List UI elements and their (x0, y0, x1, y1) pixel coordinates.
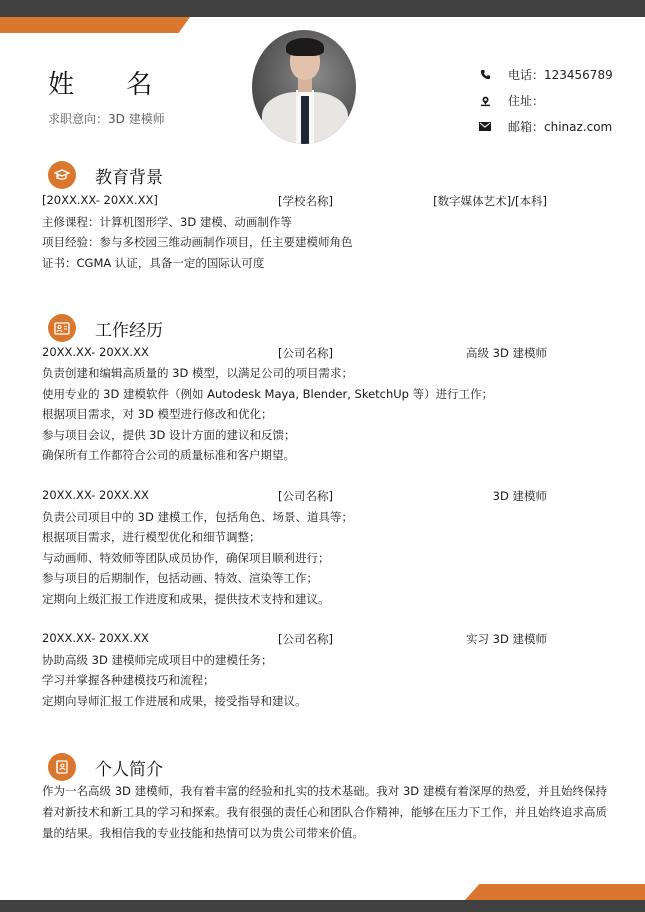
job-position: 高级 3D 建模师 (466, 345, 547, 361)
job-duty: 学习并掌握各种建模技巧和流程； (42, 672, 215, 688)
education-line: 主修课程：计算机图形学、3D 建模、动画制作等 (42, 214, 292, 230)
bottom-dark-bar (0, 900, 645, 912)
contact-phone: 电话：123456789 (478, 66, 613, 83)
bottom-accent-bar (465, 884, 645, 900)
job-period: 20XX.XX- 20XX.XX (42, 631, 149, 645)
job-duty: 根据项目需求，进行模型优化和细节调整； (42, 529, 261, 545)
job-duty: 参与项目的后期制作，包括动画、特效、渲染等工作； (42, 570, 318, 586)
job-duty: 负责创建和编辑高质量的 3D 模型，以满足公司的项目需求； (42, 365, 353, 381)
location-pin-icon (478, 95, 492, 107)
job-duty: 协助高级 3D 建模师完成项目中的建模任务； (42, 652, 272, 668)
address-text: 住址： (508, 92, 544, 109)
job-duty: 定期向上级汇报工作进度和成果，提供技术支持和建议。 (42, 591, 330, 607)
job-position: 3D 建模师 (493, 488, 547, 504)
education-line: 项目经验：参与多校园三维动画制作项目，任主要建模师角色 (42, 234, 353, 250)
top-dark-bar (0, 0, 645, 17)
job-duty: 负责公司项目中的 3D 建模工作，包括角色、场景、道具等； (42, 509, 353, 525)
top-accent-bar (0, 17, 190, 33)
job-duty: 与动画师、特效师等团队成员协作，确保项目顺利进行； (42, 550, 330, 566)
candidate-name: 姓 名 (48, 64, 174, 101)
profile-title: 个人简介 (95, 755, 163, 780)
contact-book-icon (48, 753, 76, 781)
profile-text: 作为一名高级 3D 建模师，我有着丰富的经验和扎实的技术基础。我对 3D 建模有… (42, 781, 607, 844)
work-section-header: 工作经历 (48, 314, 163, 342)
contact-email: 邮箱：chinaz.com (478, 118, 612, 135)
job-duty: 参与项目会议，提供 3D 设计方面的建议和反馈； (42, 427, 295, 443)
job-position: 实习 3D 建模师 (466, 631, 547, 647)
education-line: 证书：CGMA 认证，具备一定的国际认可度 (42, 255, 264, 271)
education-major-degree: [数字媒体艺术]/[本科] (433, 193, 547, 209)
education-section-header: 教育背景 (48, 161, 163, 189)
job-duty: 使用专业的 3D 建模软件（例如 Autodesk Maya, Blender,… (42, 386, 493, 402)
id-card-icon (48, 314, 76, 342)
job-intent: 求职意向：3D 建模师 (48, 110, 165, 127)
profile-section-header: 个人简介 (48, 753, 163, 781)
job-company: [公司名称] (278, 631, 333, 647)
work-title: 工作经历 (95, 316, 163, 341)
contact-address: 住址： (478, 92, 544, 109)
graduation-cap-icon (48, 161, 76, 189)
job-company: [公司名称] (278, 345, 333, 361)
education-school: [学校名称] (278, 193, 333, 209)
job-duty: 根据项目需求，对 3D 模型进行修改和优化； (42, 406, 272, 422)
education-period: [20XX.XX- 20XX.XX] (42, 193, 158, 207)
avatar (252, 30, 356, 144)
job-duty: 确保所有工作都符合公司的质量标准和客户期望。 (42, 447, 295, 463)
phone-icon (478, 69, 492, 81)
email-text: 邮箱：chinaz.com (508, 118, 612, 135)
job-period: 20XX.XX- 20XX.XX (42, 488, 149, 502)
envelope-icon (478, 121, 492, 133)
job-duty: 定期向导师汇报工作进展和成果，接受指导和建议。 (42, 693, 307, 709)
job-period: 20XX.XX- 20XX.XX (42, 345, 149, 359)
job-company: [公司名称] (278, 488, 333, 504)
phone-text: 电话：123456789 (508, 66, 613, 83)
education-title: 教育背景 (95, 163, 163, 188)
